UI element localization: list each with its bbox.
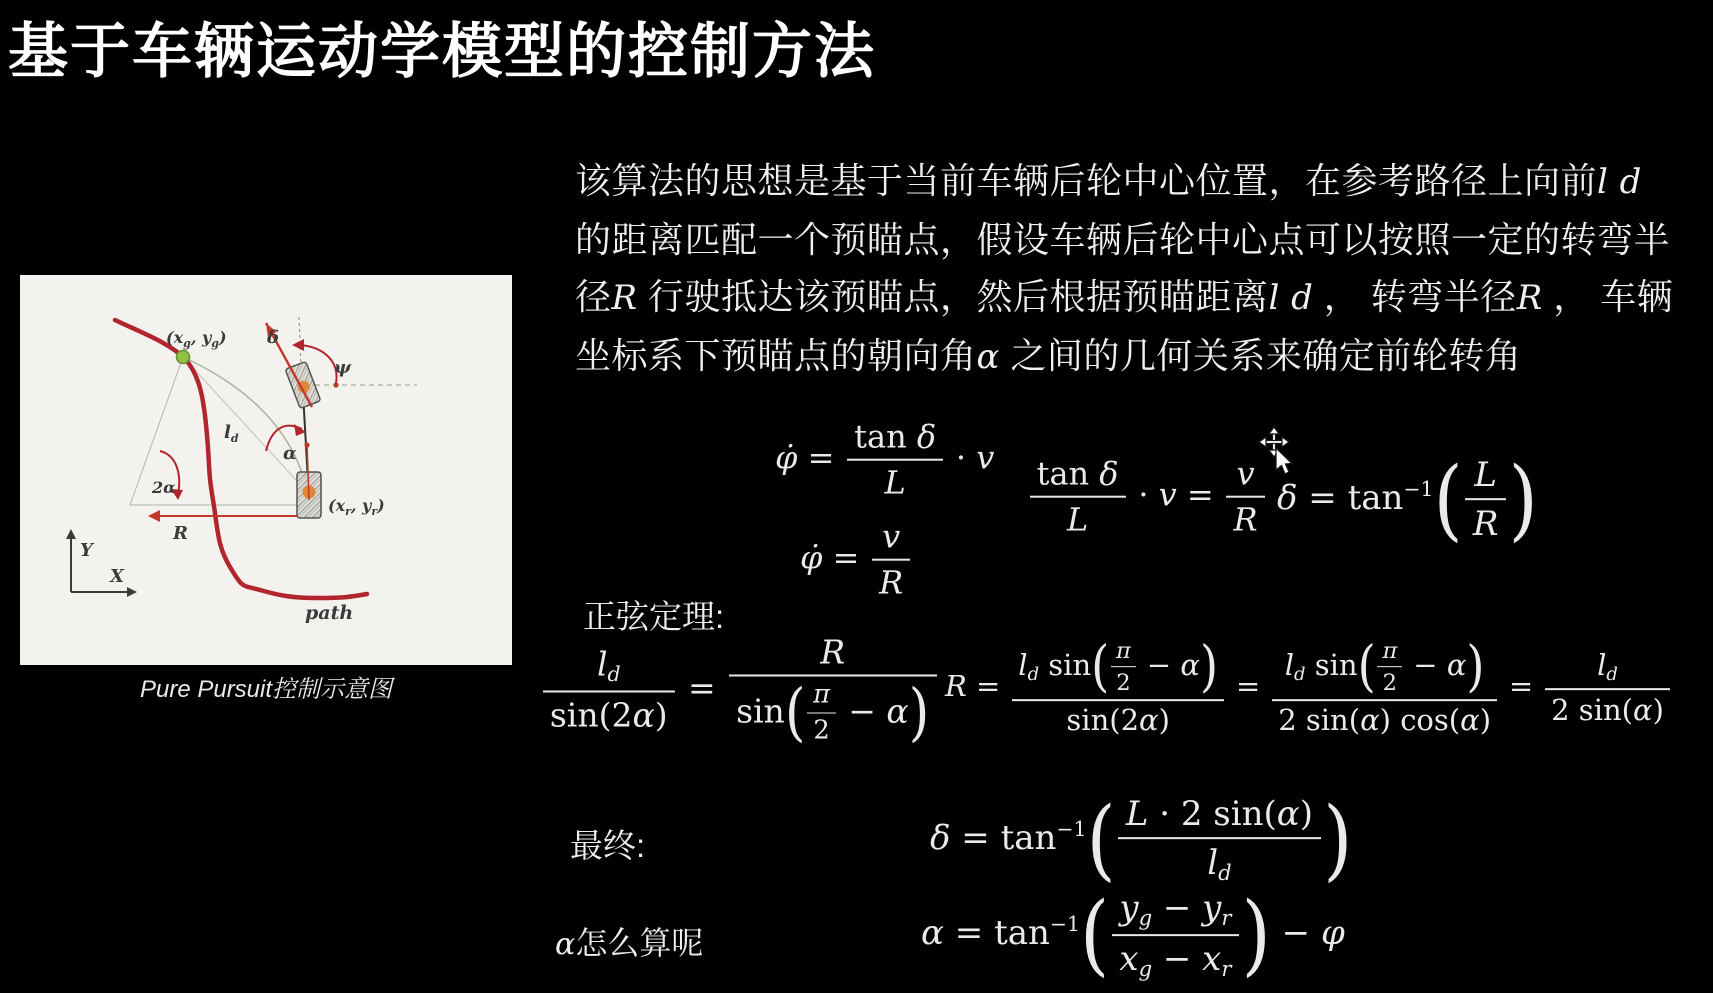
psi-origin-dot [333, 382, 338, 387]
move-cursor-icon [1259, 427, 1289, 457]
paragraph-line-3: 径R 行驶抵达该预瞄点，然后根据预瞄距离l d ， 转弯半径R ， 车辆 [575, 268, 1690, 327]
psi-label: ψ [334, 357, 352, 378]
x-axis-label: X [109, 566, 125, 587]
x-axis-arrowhead [127, 587, 137, 597]
pure-pursuit-diagram: (xg, yg) (xr, yr) ld δ ψ α 2α R Y X path [20, 275, 512, 665]
lookahead-distance-label: ld [224, 422, 239, 445]
radius-label: R [172, 523, 188, 544]
formula-final-delta: δ = tan−1(L · 2 sin(α)ld) [930, 795, 1352, 885]
reference-path-curve [115, 320, 367, 598]
paragraph-line-4: 坐标系下预瞄点的朝向角α 之间的几何关系来确定前轮转角 [575, 327, 1690, 386]
delta-label: δ [266, 327, 279, 348]
goal-coords-label: (xg, yg) [166, 328, 227, 350]
pure-pursuit-figure-svg: (xg, yg) (xr, yr) ld δ ψ α 2α R Y X path [20, 275, 512, 665]
figure-caption: Pure Pursuit控制示意图 [20, 669, 512, 704]
alpha-question-label: α怎么算呢 [555, 918, 703, 964]
page-title: 基于车辆运动学模型的控制方法 [8, 4, 876, 90]
formula-tandelta-equals-v-over-r: tan δL · v = vR [1027, 456, 1267, 539]
radius-arrowhead [148, 510, 160, 522]
formula-phidot-v-over-r: φ̇ = vR [800, 519, 913, 602]
two-alpha-label: 2α [151, 478, 175, 497]
paragraph-line-1: 该算法的思想是基于当前车辆后轮中心位置，在参考路径上向前l d [575, 152, 1690, 211]
goal-point [177, 351, 190, 364]
y-axis-label: Y [80, 540, 95, 561]
formula-sine-rule: ldsin(2α) = Rsin(π2 − α) [540, 633, 939, 746]
formula-delta-arctan-l-over-r: δ = tan−1(LR) [1277, 456, 1538, 544]
formula-radius-derivation: R = ld sin(π2 − α)sin(2α) = ld sin(π2 − … [945, 638, 1673, 738]
formula-alpha: α = tan−1(yg − yrxg − xr) − φ [921, 889, 1345, 981]
mouse-cursor [1258, 426, 1302, 482]
hinge-dot [304, 442, 309, 447]
sine-rule-label: 正弦定理: [583, 591, 724, 638]
slide: 基于车辆运动学模型的控制方法 [0, 0, 1713, 993]
path-label: path [305, 602, 353, 624]
alpha-label: α [283, 443, 297, 464]
y-axis-arrowhead [66, 529, 76, 539]
pointer-arrow-icon [1276, 448, 1292, 474]
formula-phidot-tandelta: φ̇ = tan δL · v [775, 419, 994, 502]
description-paragraph: 该算法的思想是基于当前车辆后轮中心位置，在参考路径上向前l d 的距离匹配一个预… [575, 152, 1690, 385]
rear-coords-label: (xr, yr) [328, 496, 385, 518]
psi-arrowhead [292, 339, 304, 351]
final-label: 最终: [570, 820, 645, 867]
paragraph-line-2: 的距离匹配一个预瞄点，假设车辆后轮中心点可以按照一定的转弯半 [575, 211, 1690, 269]
